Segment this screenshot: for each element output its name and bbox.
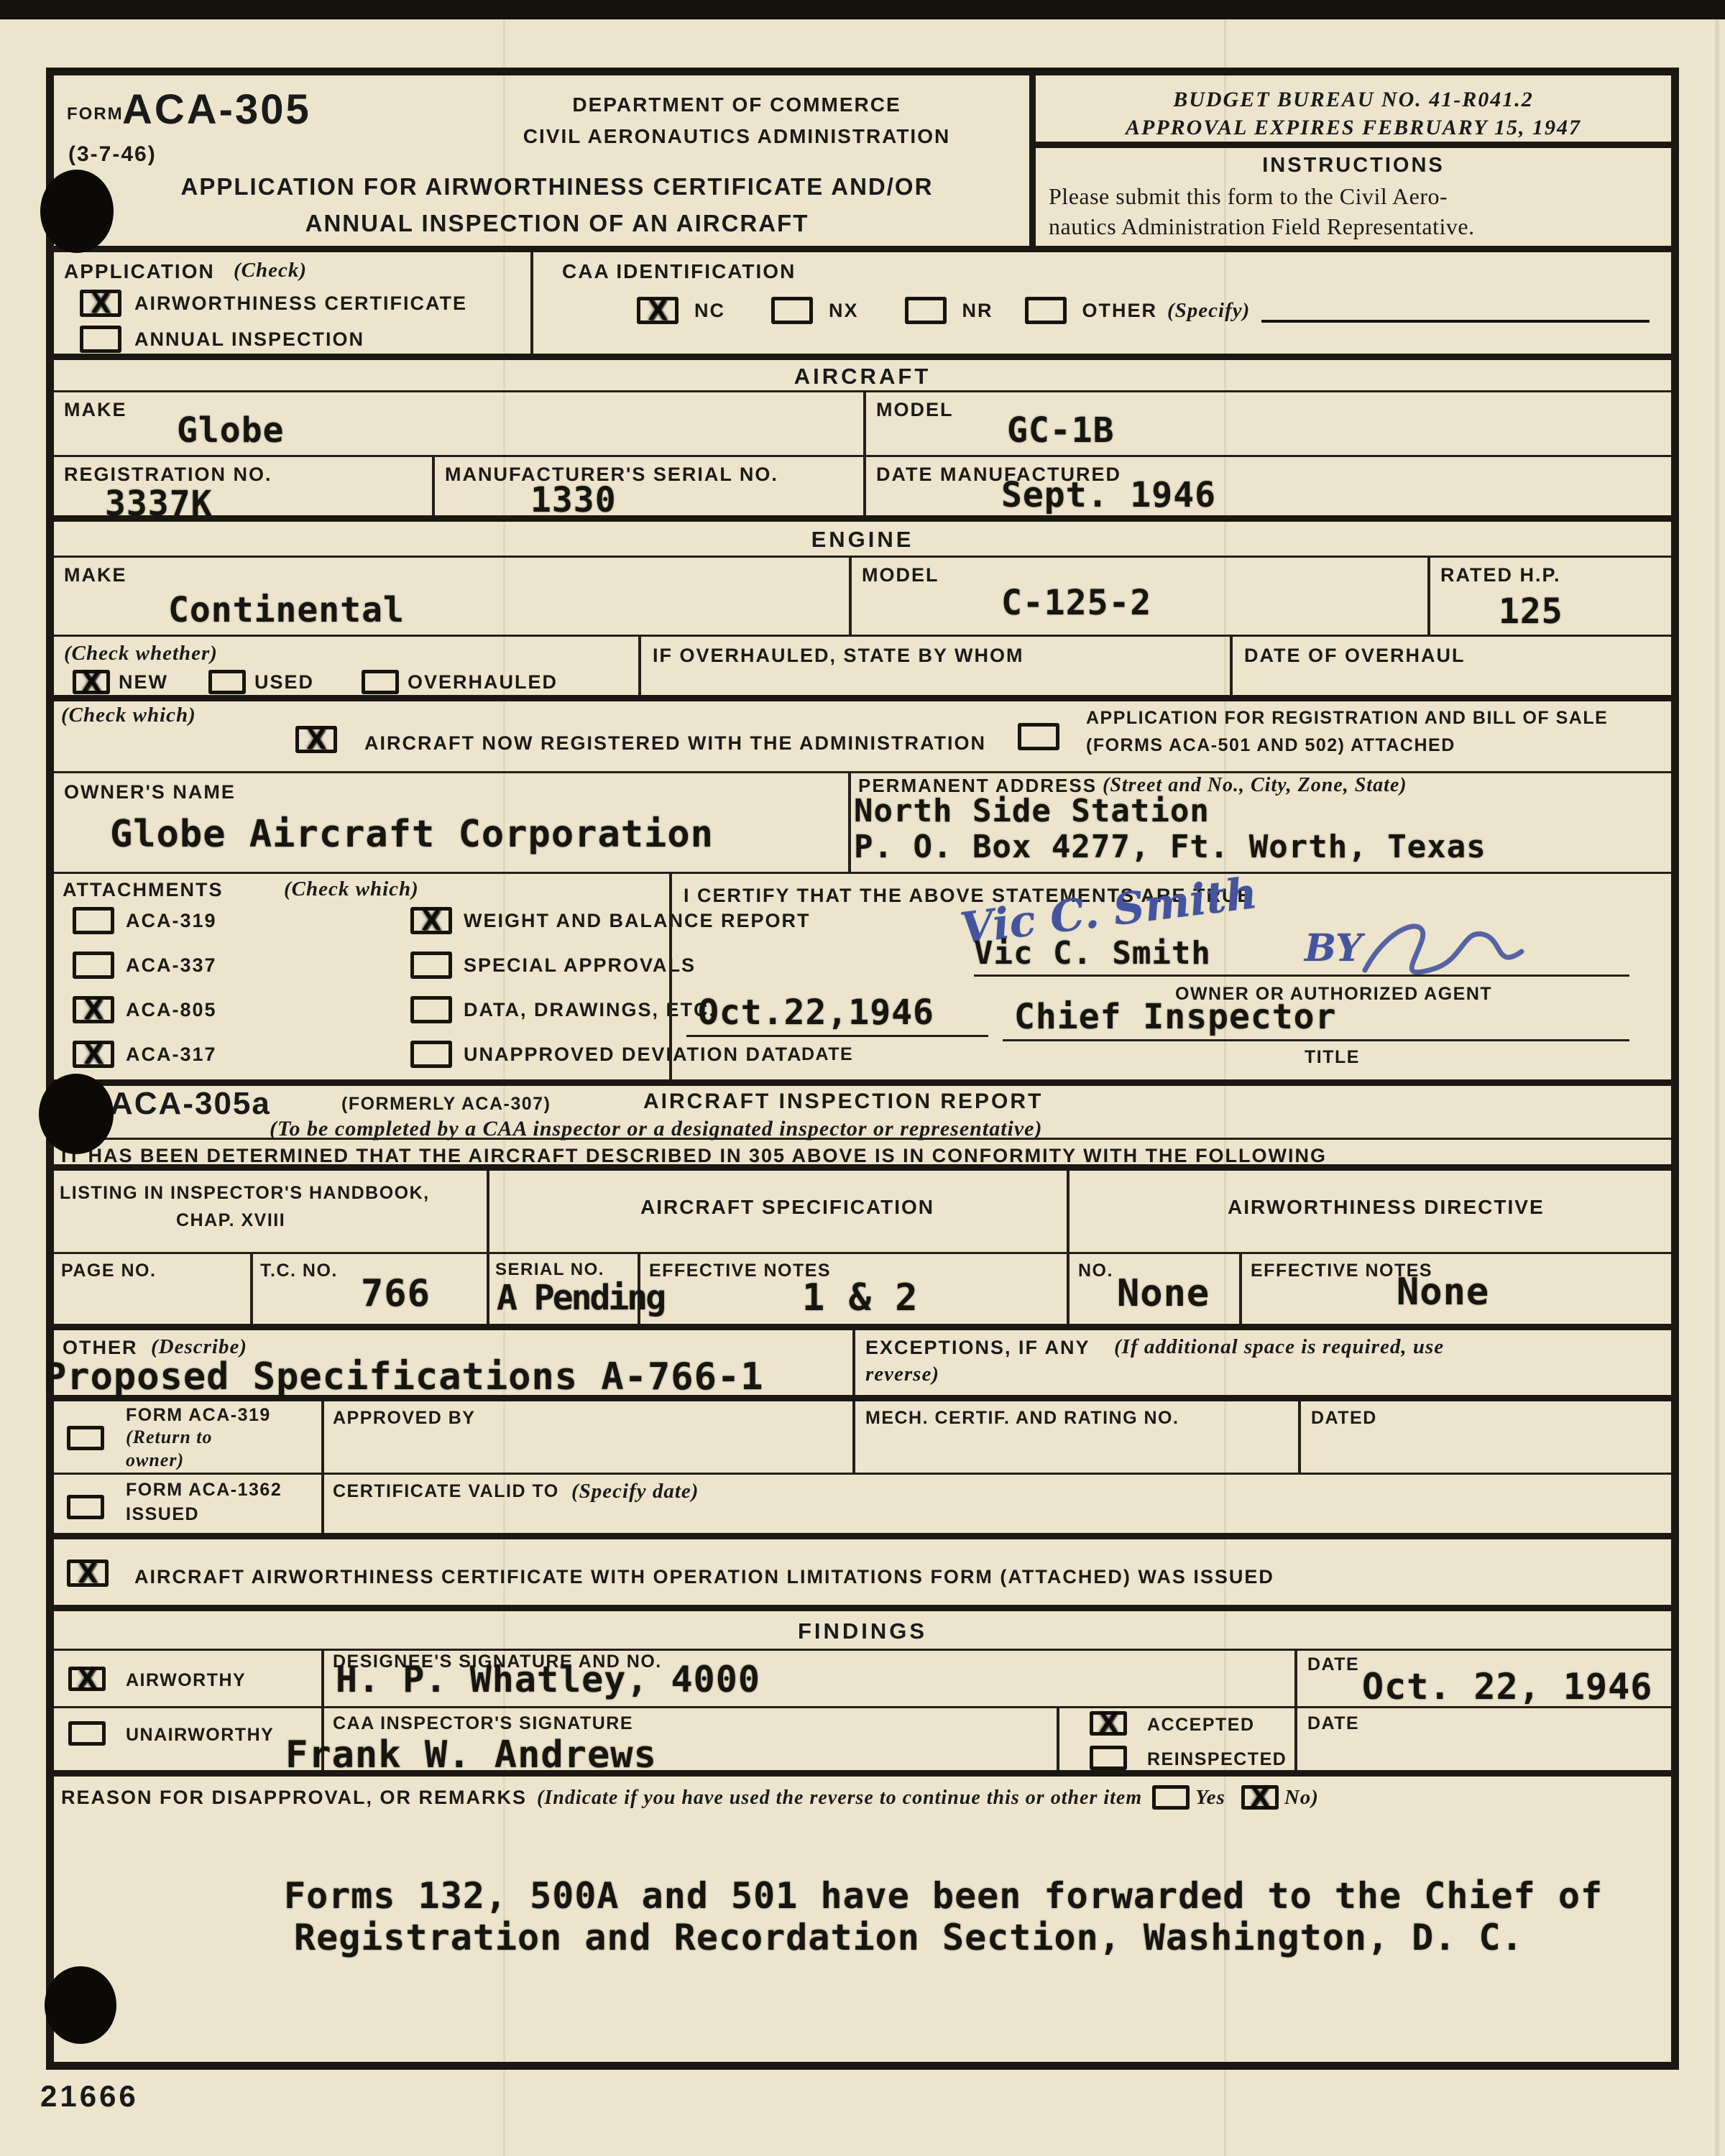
form-319-checkbox	[67, 1426, 104, 1450]
application-check-cell: APPLICATION (Check) X AIRWORTHINESS CERT…	[54, 252, 530, 354]
aircraft-make-model-row: MAKE Globe MODEL GC-1B	[54, 392, 1671, 457]
certificate-issued-row: X AIRCRAFT AIRWORTHINESS CERTIFICATE WIT…	[54, 1539, 1671, 1611]
engine-make-model-row: MAKE Continental MODEL C-125-2 RATED H.P…	[54, 558, 1671, 637]
rated-hp-value: 125	[1499, 594, 1563, 630]
engine-condition-row: (Check whether) X NEW USED OVERHAULED IF…	[54, 637, 1671, 701]
scan-top-edge	[0, 0, 1725, 19]
application-label: APPLICATION	[64, 259, 215, 284]
hole-punch-bottom	[45, 1966, 116, 2044]
bill-of-sale-checkbox	[1018, 723, 1059, 750]
signature-typed: Vic C. Smith	[974, 937, 1211, 970]
other-checkbox	[1025, 297, 1067, 324]
signature-flourish	[1355, 910, 1542, 989]
budget-bureau-note: BUDGET BUREAU NO. 41-R041.2 APPROVAL EXP…	[1036, 75, 1671, 148]
cert-date-label: DATE	[801, 1044, 853, 1065]
dated-cell: DATED	[1298, 1401, 1671, 1473]
mech-certif-cell: MECH. CERTIF. AND RATING NO.	[852, 1401, 1298, 1473]
caa-inspector-cell: CAA INSPECTOR'S SIGNATURE Frank W. Andre…	[321, 1708, 1057, 1770]
approved-by-cell: APPROVED BY	[321, 1401, 852, 1473]
reinspected-checkbox	[1090, 1746, 1127, 1770]
engine-section-band: ENGINE	[54, 522, 1671, 558]
exceptions-cell: EXCEPTIONS, IF ANY (If additional space …	[852, 1330, 1671, 1395]
attachments-note: (Check which)	[284, 877, 419, 902]
findings-date-cell: DATE Oct. 22, 1946	[1294, 1651, 1671, 1706]
other-specify-line	[1261, 298, 1650, 323]
page-no-cell: PAGE NO.	[54, 1254, 250, 1324]
certification-cell: I CERTIFY THAT THE ABOVE STATEMENTS ARE …	[669, 874, 1671, 1079]
form-header: FORM ACA-305 (3-7-46) DEPARTMENT OF COMM…	[54, 75, 1671, 252]
registered-checkbox: X	[295, 726, 337, 753]
used-checkbox	[208, 670, 246, 694]
attachments-certify-row: ATTACHMENTS (Check which) ACA-319 ACA-33…	[54, 874, 1671, 1086]
engine-make-value: Continental	[168, 592, 405, 628]
caa-identification-cell: CAA IDENTIFICATION X NC NX NR OTHER (Spe…	[530, 252, 1671, 354]
aca-317-checkbox: X	[73, 1041, 114, 1068]
aca-305a-number: ACA-305a	[110, 1086, 271, 1122]
instructions-title: INSTRUCTIONS	[1036, 155, 1671, 176]
owner-address-cell: PERMANENT ADDRESS (Street and No., City,…	[848, 773, 1671, 872]
other-exceptions-row: OTHER (Describe) Proposed Specifications…	[54, 1330, 1671, 1401]
hole-punch-middle	[39, 1074, 114, 1154]
form-number: ACA-305	[122, 86, 311, 134]
aircraft-ids-row: REGISTRATION NO. 3337K MANUFACTURER'S SE…	[54, 457, 1671, 522]
remarks-yes-checkbox	[1152, 1785, 1190, 1810]
instructions: INSTRUCTIONS Please submit this form to …	[1036, 155, 1671, 241]
title-line	[1003, 1039, 1629, 1041]
certificate-valid-cell: CERTIFICATE VALID TO (Specify date)	[321, 1475, 1671, 1533]
annual-inspection-option: ANNUAL INSPECTION	[80, 326, 364, 353]
special-approvals-checkbox	[410, 952, 452, 979]
date-manufactured-value: Sept. 1946	[1001, 477, 1216, 513]
directive-no-cell: NO. None	[1067, 1254, 1239, 1324]
findings-title: FINDINGS	[54, 1611, 1671, 1649]
form-319-row: FORM ACA-319 (Return to owner) APPROVED …	[54, 1401, 1671, 1475]
determination-statement: IT HAS BEEN DETERMINED THAT THE AIRCRAFT…	[61, 1144, 1327, 1167]
other-value: Proposed Specifications A-766-1	[44, 1358, 764, 1397]
form-date: (3-7-46)	[68, 142, 157, 167]
remarks-no-checkbox: X	[1241, 1785, 1279, 1810]
unairworthy-checkbox	[68, 1721, 106, 1746]
aca-805-checkbox: X	[73, 996, 114, 1023]
header-right: BUDGET BUREAU NO. 41-R041.2 APPROVAL EXP…	[1036, 75, 1671, 246]
serial-cell: MANUFACTURER'S SERIAL NO. 1330	[432, 457, 863, 515]
overhauled-by-cell: IF OVERHAULED, STATE BY WHOM	[638, 637, 1230, 695]
weight-balance-checkbox: X	[410, 907, 452, 934]
registration-cell: REGISTRATION NO. 3337K	[54, 457, 432, 515]
check-whether-note: (Check whether)	[64, 641, 218, 666]
tc-no-cell: T.C. NO. 766	[250, 1254, 487, 1324]
aircraft-make-cell: MAKE Globe	[54, 392, 863, 455]
owner-name-value: Globe Aircraft Corporation	[110, 815, 714, 854]
check-which-note: (Check which)	[61, 703, 196, 728]
form-1362-checkbox	[67, 1495, 104, 1519]
certificate-issued-label: AIRCRAFT AIRWORTHINESS CERTIFICATE WITH …	[134, 1565, 1274, 1588]
serial-no-cell: SERIAL NO. A Pending	[487, 1254, 638, 1324]
effective-notes-cell: EFFECTIVE NOTES 1 & 2	[638, 1254, 1067, 1324]
hole-punch-top	[40, 170, 114, 253]
signature-by: BY	[1305, 930, 1362, 967]
engine-make-cell: MAKE Continental	[54, 558, 849, 635]
aircraft-model-value: GC-1B	[1007, 413, 1115, 448]
directive-notes-cell: EFFECTIVE NOTES None	[1239, 1254, 1671, 1324]
caa-inspector-value: Frank W. Andrews	[285, 1736, 657, 1775]
findings-date2-cell: DATE	[1294, 1708, 1671, 1770]
check-whether-cell: (Check whether) X NEW USED OVERHAULED	[54, 637, 638, 695]
findings-airworthy-row: X AIRWORTHY DESIGNEE'S SIGNATURE AND NO.…	[54, 1651, 1671, 1708]
tc-no-value: 766	[361, 1274, 431, 1314]
department-heading: DEPARTMENT OF COMMERCE CIVIL AERONAUTICS…	[435, 93, 1039, 148]
findings-date-value: Oct. 22, 1946	[1362, 1668, 1652, 1706]
caa-identification-label: CAA IDENTIFICATION	[562, 259, 796, 284]
airworthiness-certificate-checkbox: X	[80, 290, 121, 317]
formerly-note: (FORMERLY ACA-307)	[341, 1093, 551, 1115]
valid-to-note: (Specify date)	[571, 1479, 699, 1504]
header-left: FORM ACA-305 (3-7-46) DEPARTMENT OF COMM…	[54, 75, 1036, 246]
form-aca-305: FORM ACA-305 (3-7-46) DEPARTMENT OF COMM…	[46, 68, 1679, 2070]
engine-condition-options: X NEW USED OVERHAULED	[73, 670, 558, 694]
accepted-checkbox: X	[1090, 1711, 1127, 1736]
spec-serial-value: A Pending	[497, 1280, 664, 1316]
cert-title-label: TITLE	[1305, 1046, 1360, 1068]
attachments-cell: ATTACHMENTS (Check which) ACA-319 ACA-33…	[54, 874, 669, 1079]
date-manufactured-cell: DATE MANUFACTURED Sept. 1946	[863, 457, 1671, 515]
aircraft-section-title: AIRCRAFT	[54, 360, 1671, 387]
registration-status-row: (Check which) X AIRCRAFT NOW REGISTERED …	[54, 701, 1671, 773]
engine-section-title: ENGINE	[54, 522, 1671, 556]
form-1362-row: FORM ACA-1362 ISSUED CERTIFICATE VALID T…	[54, 1475, 1671, 1539]
form-label: FORM	[67, 104, 124, 125]
determination-row: IT HAS BEEN DETERMINED THAT THE AIRCRAFT…	[54, 1140, 1671, 1171]
owner-signature-line	[974, 975, 1629, 977]
cert-title-value: Chief Inspector	[1014, 999, 1336, 1035]
annual-inspection-checkbox	[80, 326, 121, 353]
address-line1: North Side Station	[854, 795, 1210, 828]
aca-337-checkbox	[73, 952, 114, 979]
cert-date-value: Oct.22,1946	[698, 995, 934, 1031]
findings-band: FINDINGS	[54, 1611, 1671, 1651]
aca-319-checkbox	[73, 907, 114, 934]
remarks-label-line: REASON FOR DISAPPROVAL, OR REMARKS (Indi…	[61, 1785, 1319, 1810]
caa-id-options: X NC NX NR OTHER (Specify)	[637, 297, 1650, 324]
engine-model-value: C-125-2	[1001, 585, 1151, 621]
remarks-body-line1: Forms 132, 500A and 501 have been forwar…	[284, 1877, 1603, 1915]
inspection-report-title: AIRCRAFT INSPECTION REPORT	[643, 1089, 1043, 1115]
date-line	[686, 1035, 988, 1037]
airworthiness-certificate-option: X AIRWORTHINESS CERTIFICATE	[80, 290, 467, 317]
airworthiness-directive-header-cell: AIRWORTHINESS DIRECTIVE	[1067, 1171, 1671, 1252]
remarks-row: REASON FOR DISAPPROVAL, OR REMARKS (Indi…	[54, 1777, 1671, 2062]
effective-notes-value: 1 & 2	[802, 1279, 919, 1318]
other-describe-cell: OTHER (Describe) Proposed Specifications…	[54, 1330, 852, 1395]
unairworthy-cell: UNAIRWORTHY	[54, 1708, 321, 1770]
overhaul-date-cell: DATE OF OVERHAUL	[1230, 637, 1671, 695]
airworthy-checkbox: X	[68, 1667, 106, 1691]
airworthy-cell: X AIRWORTHY	[54, 1651, 321, 1706]
aircraft-make-value: Globe	[177, 413, 285, 448]
registration-value: 3337K	[105, 486, 213, 522]
form-title: APPLICATION FOR AIRWORTHINESS CERTIFICAT…	[90, 175, 1024, 235]
designee-signature-value: H. P. Whatley, 4000	[336, 1661, 760, 1699]
designee-signature-cell: DESIGNEE'S SIGNATURE AND NO. H. P. Whatl…	[321, 1651, 1294, 1706]
owner-name-cell: OWNER'S NAME Globe Aircraft Corporation	[54, 773, 848, 872]
directive-no-value: None	[1117, 1274, 1210, 1314]
directive-notes-value: None	[1397, 1273, 1489, 1312]
address-line2: P. O. Box 4277, Ft. Worth, Texas	[854, 831, 1486, 864]
corner-serial-number: 21666	[40, 2079, 139, 2114]
form-319-check-cell: FORM ACA-319 (Return to owner)	[54, 1401, 321, 1473]
aircraft-model-cell: MODEL GC-1B	[863, 392, 1671, 455]
data-drawings-checkbox	[410, 996, 452, 1023]
aircraft-spec-header-cell: AIRCRAFT SPECIFICATION	[487, 1171, 1067, 1252]
listing-header-cell: LISTING IN INSPECTOR'S HANDBOOK, CHAP. X…	[54, 1171, 487, 1252]
engine-model-cell: MODEL C-125-2	[849, 558, 1427, 635]
remarks-body-line2: Registration and Recordation Section, Wa…	[294, 1919, 1524, 1957]
accepted-reinspected-cell: X ACCEPTED REINSPECTED	[1057, 1708, 1294, 1770]
serial-value: 1330	[530, 482, 617, 518]
instructions-body: Please submit this form to the Civil Aer…	[1036, 176, 1671, 241]
inspection-report-heading: ACA-305a (FORMERLY ACA-307) AIRCRAFT INS…	[54, 1086, 1671, 1138]
certificate-issued-checkbox: X	[67, 1560, 109, 1587]
overhauled-checkbox	[362, 670, 399, 694]
nx-checkbox	[771, 297, 813, 324]
application-section: APPLICATION (Check) X AIRWORTHINESS CERT…	[54, 252, 1671, 360]
aircraft-section-band: AIRCRAFT	[54, 360, 1671, 392]
new-checkbox: X	[73, 670, 110, 694]
unapproved-deviation-checkbox	[410, 1041, 452, 1068]
spec-table-data-row: PAGE NO. T.C. NO. 766 SERIAL NO. A Pendi…	[54, 1254, 1671, 1330]
form-1362-check-cell: FORM ACA-1362 ISSUED	[54, 1475, 321, 1533]
rated-hp-cell: RATED H.P. 125	[1427, 558, 1671, 635]
nc-checkbox: X	[637, 297, 678, 324]
other-specify-note: (Specify)	[1167, 298, 1250, 323]
application-note: (Check)	[234, 258, 307, 283]
scanned-document-page: FORM ACA-305 (3-7-46) DEPARTMENT OF COMM…	[0, 0, 1725, 2156]
registered-label: AIRCRAFT NOW REGISTERED WITH THE ADMINIS…	[364, 732, 986, 755]
owner-row: OWNER'S NAME Globe Aircraft Corporation …	[54, 773, 1671, 874]
findings-unairworthy-row: UNAIRWORTHY CAA INSPECTOR'S SIGNATURE Fr…	[54, 1708, 1671, 1777]
spec-table-header-row: LISTING IN INSPECTOR'S HANDBOOK, CHAP. X…	[54, 1171, 1671, 1254]
nr-checkbox	[905, 297, 947, 324]
